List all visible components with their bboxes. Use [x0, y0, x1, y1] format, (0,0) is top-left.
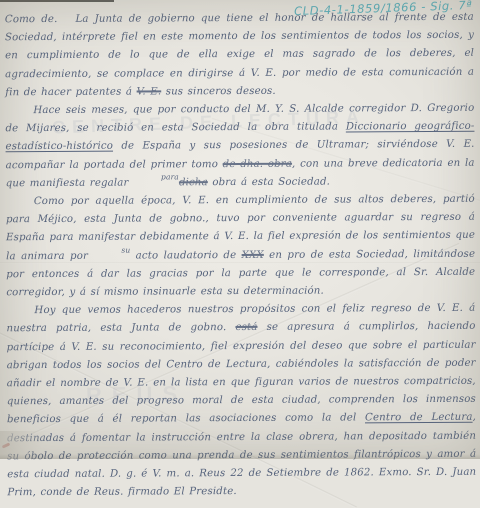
- manuscript-paragraph: Hace seis meses, que por conducto del M.…: [5, 100, 474, 193]
- struck-text: V. E.: [137, 86, 162, 97]
- manuscript-text: sus sinceros deseos.: [161, 86, 276, 98]
- manuscript-body: Como de. La Junta de gobierno que tiene …: [5, 9, 476, 458]
- manuscript-text: Centro de Lectura: [365, 412, 473, 424]
- manuscript-text: acto laudatorio de: [130, 250, 241, 262]
- manuscript-paragraph: Como de. La Junta de gobierno que tiene …: [5, 9, 474, 102]
- struck-text: XXX: [242, 250, 264, 261]
- manuscript-text: se apresura á cumplirlos, haciendo partí…: [7, 321, 476, 425]
- struck-text: está: [235, 322, 257, 333]
- struck-text: de dha. obra: [223, 158, 292, 169]
- struck-text: dicha: [179, 177, 208, 188]
- manuscript-paragraph: Hoy que vemos hacederos nuestros propósi…: [6, 300, 476, 459]
- manuscript-text: obra á esta Sociedad.: [208, 176, 330, 188]
- page-top-edge: [0, 0, 114, 2]
- manuscript-page: CENTRE DE LECTURA REUS CLD-4-1-1859/1866…: [0, 0, 480, 459]
- manuscript-paragraph: Como por aquella época, V. E. en cumplim…: [6, 191, 476, 303]
